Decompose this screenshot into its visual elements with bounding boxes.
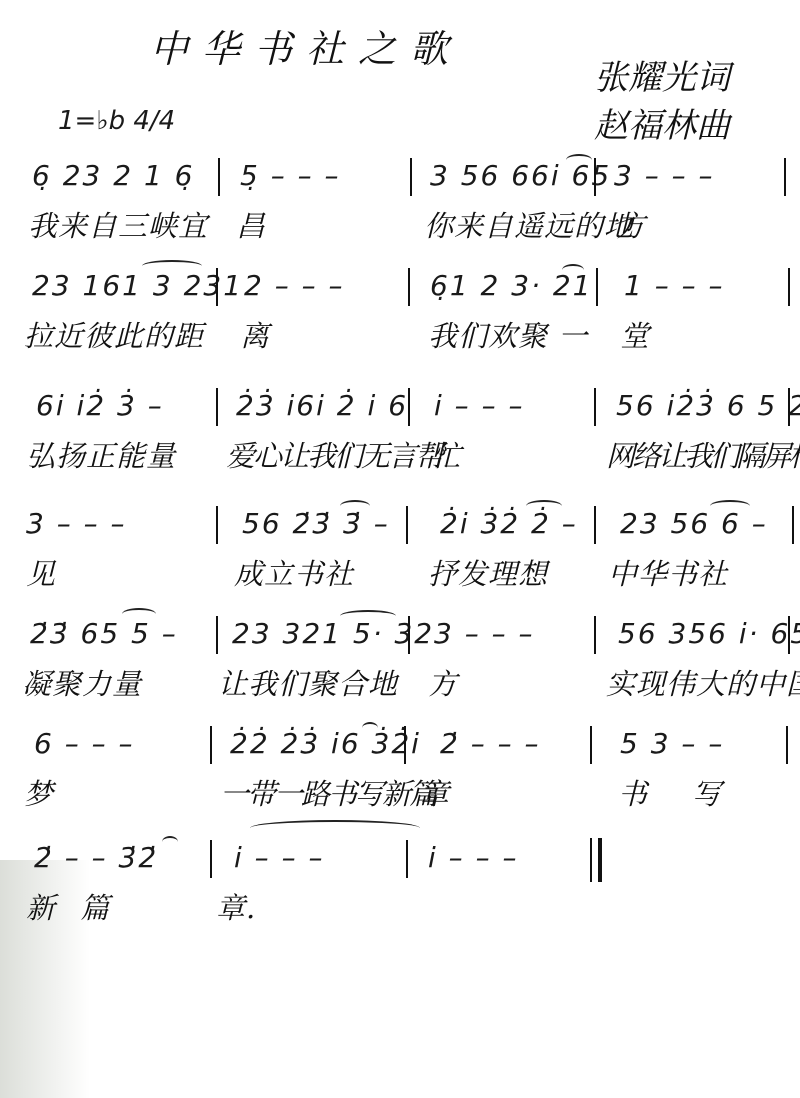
lyrics: 方 <box>616 204 646 248</box>
lyrics: 梦 <box>24 772 54 816</box>
bar-line <box>410 158 412 196</box>
bar-line <box>406 840 408 878</box>
bar-line <box>594 616 596 654</box>
lyrics: 堂 <box>620 314 650 358</box>
measure: 1 – – – <box>624 268 725 308</box>
lyrics: 中华书社 <box>608 552 728 596</box>
measure: i – – – <box>234 840 324 880</box>
slur <box>526 500 562 512</box>
measure: 2̇3̇ 65 5 – <box>30 616 178 656</box>
bar-line <box>408 388 410 426</box>
lyrics: 成立书社 <box>234 552 354 596</box>
slur <box>566 154 592 166</box>
measure: 5̣ – – – <box>240 158 341 198</box>
slur <box>122 608 156 620</box>
bar-line <box>594 506 596 544</box>
slur <box>562 264 584 276</box>
measure: i – – – <box>428 840 518 880</box>
bar-line <box>408 616 410 654</box>
slur <box>710 500 750 512</box>
slur <box>142 260 202 272</box>
measure: 56 i2̇3̇ 6 5 2 <box>616 388 800 428</box>
slur <box>340 500 370 512</box>
lyrics: 书 写 <box>618 772 739 816</box>
credits: 张耀光词 赵福林曲 <box>594 54 730 150</box>
measure: 6 – – – <box>34 726 135 766</box>
lyrics: 凝聚力量 <box>22 662 142 706</box>
lyrics: 我们欢聚 一 <box>428 314 588 358</box>
lyrics: 章. <box>216 886 256 930</box>
bar-line <box>408 268 410 306</box>
bar-line <box>786 726 788 764</box>
bar-line <box>216 616 218 654</box>
bar-line <box>788 268 790 306</box>
bar-line <box>218 158 220 196</box>
composer-credit: 赵福林曲 <box>594 102 730 150</box>
bar-line <box>216 388 218 426</box>
final-barline <box>590 838 602 882</box>
measure: 56 2̇3̇ 3̇ – <box>242 506 390 546</box>
measure: 2̇2̇ 2̇3̇ i6 3̇2̇i <box>230 726 421 766</box>
bar-line <box>590 726 592 764</box>
measure: 2̇ – – 3̇2̇ <box>34 840 158 880</box>
song-title: 中华书社之歌 <box>150 18 462 73</box>
lyrics: 你来自遥远的地 <box>424 204 634 248</box>
measure: 6i i2̇ 3̇ – <box>36 388 164 428</box>
measure: 2̇ – – – <box>440 726 541 766</box>
lyrics: 见 <box>26 552 56 596</box>
measure: 23 56 6 – <box>620 506 768 546</box>
long-slur <box>250 820 420 836</box>
lyrics: 让我们聚合地 <box>218 662 398 706</box>
lyrics: 昌 <box>236 204 266 248</box>
lyrics: 实现伟大的中国 <box>606 662 800 706</box>
measure: 2 – – – <box>244 268 345 308</box>
lyrics: 抒发理想 <box>428 552 548 596</box>
measure: 3 – – – <box>26 506 127 546</box>
bar-line <box>788 388 790 426</box>
measure: 3 – – – <box>614 158 715 198</box>
lyrics: 我来自三峡宜 <box>28 204 208 248</box>
slur <box>162 836 178 848</box>
measure: 3 – – – <box>434 616 535 656</box>
lyrics: 网络让我们隔屏相 <box>606 434 800 478</box>
bar-line <box>594 388 596 426</box>
lyrics: 拉近彼此的距 <box>24 314 204 358</box>
lyrics: 爱心让我们无言帮 <box>226 434 442 478</box>
bar-line <box>210 726 212 764</box>
bar-line <box>404 726 406 764</box>
lyrics: 忙 <box>432 434 462 478</box>
lyricist-credit: 张耀光词 <box>594 54 730 102</box>
key-signature: 1=♭b 4/4 <box>58 106 175 136</box>
measure: 23 321 5· 32 <box>232 616 434 656</box>
bar-line <box>792 506 794 544</box>
measure: 5 3 – – <box>620 726 724 766</box>
measure: 56 356 i· 65 <box>618 616 800 656</box>
lyrics: 一带一路书写新篇 <box>220 772 436 816</box>
lyrics: 新 篇 <box>26 886 117 930</box>
bar-line <box>216 268 218 306</box>
lyrics: 离 <box>240 314 270 358</box>
bar-line <box>216 506 218 544</box>
bar-line <box>406 506 408 544</box>
bar-line <box>596 268 598 306</box>
bar-line <box>594 158 596 196</box>
lyrics: 方 <box>428 662 458 706</box>
bar-line <box>788 616 790 654</box>
measure: 6̣ 23 2 1 6̣ <box>32 158 195 198</box>
slur <box>340 610 396 622</box>
bar-line <box>784 158 786 196</box>
bar-line <box>210 840 212 878</box>
measure: i – – – <box>434 388 524 428</box>
measure: 2̇3̇ i6i 2̇ i 6 <box>236 388 408 428</box>
measure: 23 161 3 231 <box>32 268 243 308</box>
lyrics: 章 <box>420 772 450 816</box>
measure: 2̇i 3̇2̇ 2̇ – <box>440 506 578 546</box>
lyrics: 弘扬正能量 <box>26 434 176 478</box>
slur <box>362 722 378 734</box>
